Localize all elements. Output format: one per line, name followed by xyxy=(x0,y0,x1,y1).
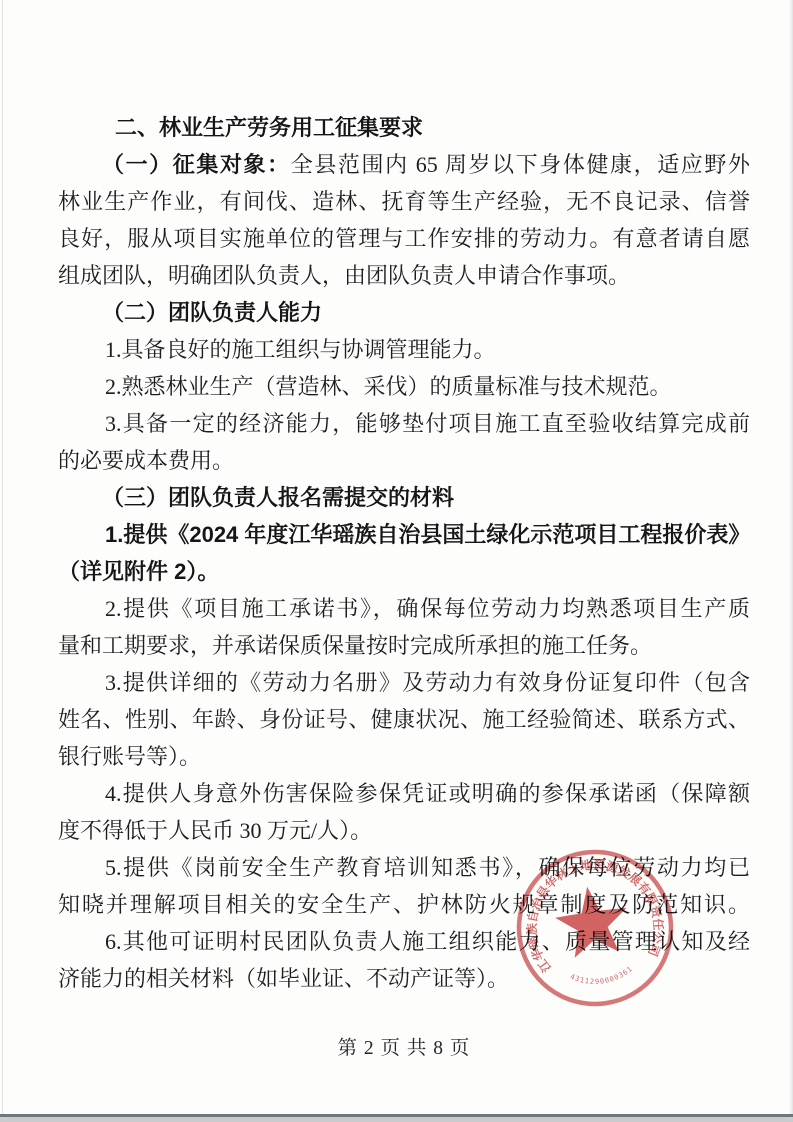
doc-line: 姓名、性别、年龄、身份证号、健康状况、施工经验简述、联系方式、 xyxy=(58,701,750,738)
doc-line: 林业生产作业，有间伐、造林、抚育等生产经验，无不良记录、信誉 xyxy=(58,183,750,220)
doc-line: 知晓并理解项目相关的安全生产、护林防火规章制度及防范知识。 xyxy=(58,886,750,923)
doc-line-text: 全县范围内 65 周岁以下身体健康，适应野外 xyxy=(291,152,750,177)
doc-line: 2.提供《项目施工承诺书》，确保每位劳动力均熟悉项目生产质 xyxy=(58,590,750,627)
doc-line: 度不得低于人民币 30 万元/人）。 xyxy=(58,812,750,849)
scan-edge-right-shadow xyxy=(789,0,793,1122)
doc-line: 3.提供详细的《劳动力名册》及劳动力有效身份证复印件（包含 xyxy=(58,664,750,701)
doc-line: 的必要成本费用。 xyxy=(58,442,750,479)
scan-edge-bottom-band xyxy=(0,1117,793,1122)
doc-line: 量和工期要求，并承诺保质保量按时完成所承担的施工任务。 xyxy=(58,627,750,664)
document-body: 二、林业生产劳务用工征集要求 （一）征集对象：全县范围内 65 周岁以下身体健康… xyxy=(58,109,750,997)
doc-line: 济能力的相关材料（如毕业证、不动产证等）。 xyxy=(58,960,750,997)
doc-line: （一）征集对象：全县范围内 65 周岁以下身体健康，适应野外 xyxy=(58,146,750,183)
doc-line: 3.具备一定的经济能力，能够垫付项目施工直至验收结算完成前 xyxy=(58,405,750,442)
page-number-footer: 第 2 页 共 8 页 xyxy=(58,1036,750,1062)
doc-line: 4.提供人身意外伤害保险参保凭证或明确的参保承诺函（保障额 xyxy=(58,775,750,812)
doc-line: 组成团队，明确团队负责人，由团队负责人申请合作事项。 xyxy=(58,257,750,294)
scan-edge-left xyxy=(2,0,3,1122)
doc-line: 银行账号等）。 xyxy=(58,738,750,775)
section-heading: 二、林业生产劳务用工征集要求 xyxy=(58,109,750,146)
doc-line: （详见附件 2）。 xyxy=(58,553,750,590)
subsection-heading-inline: （一）征集对象： xyxy=(102,152,291,177)
doc-line: 2.熟悉林业生产（营造林、采伐）的质量标准与技术规范。 xyxy=(58,368,750,405)
doc-line: 良好，服从项目实施单位的管理与工作安排的劳动力。有意者请自愿 xyxy=(58,220,750,257)
doc-line: 1.提供《2024 年度江华瑶族自治县国土绿化示范项目工程报价表》 xyxy=(58,516,750,553)
doc-line: 1.具备良好的施工组织与协调管理能力。 xyxy=(58,331,750,368)
scanned-document-page: 二、林业生产劳务用工征集要求 （一）征集对象：全县范围内 65 周岁以下身体健康… xyxy=(0,0,793,1122)
doc-line: 6.其他可证明村民团队负责人施工组织能力、质量管理认知及经 xyxy=(58,923,750,960)
doc-line: 5.提供《岗前安全生产教育培训知悉书》，确保每位劳动力均已 xyxy=(58,849,750,886)
subsection-heading: （三）团队负责人报名需提交的材料 xyxy=(58,479,750,516)
subsection-heading: （二）团队负责人能力 xyxy=(58,294,750,331)
